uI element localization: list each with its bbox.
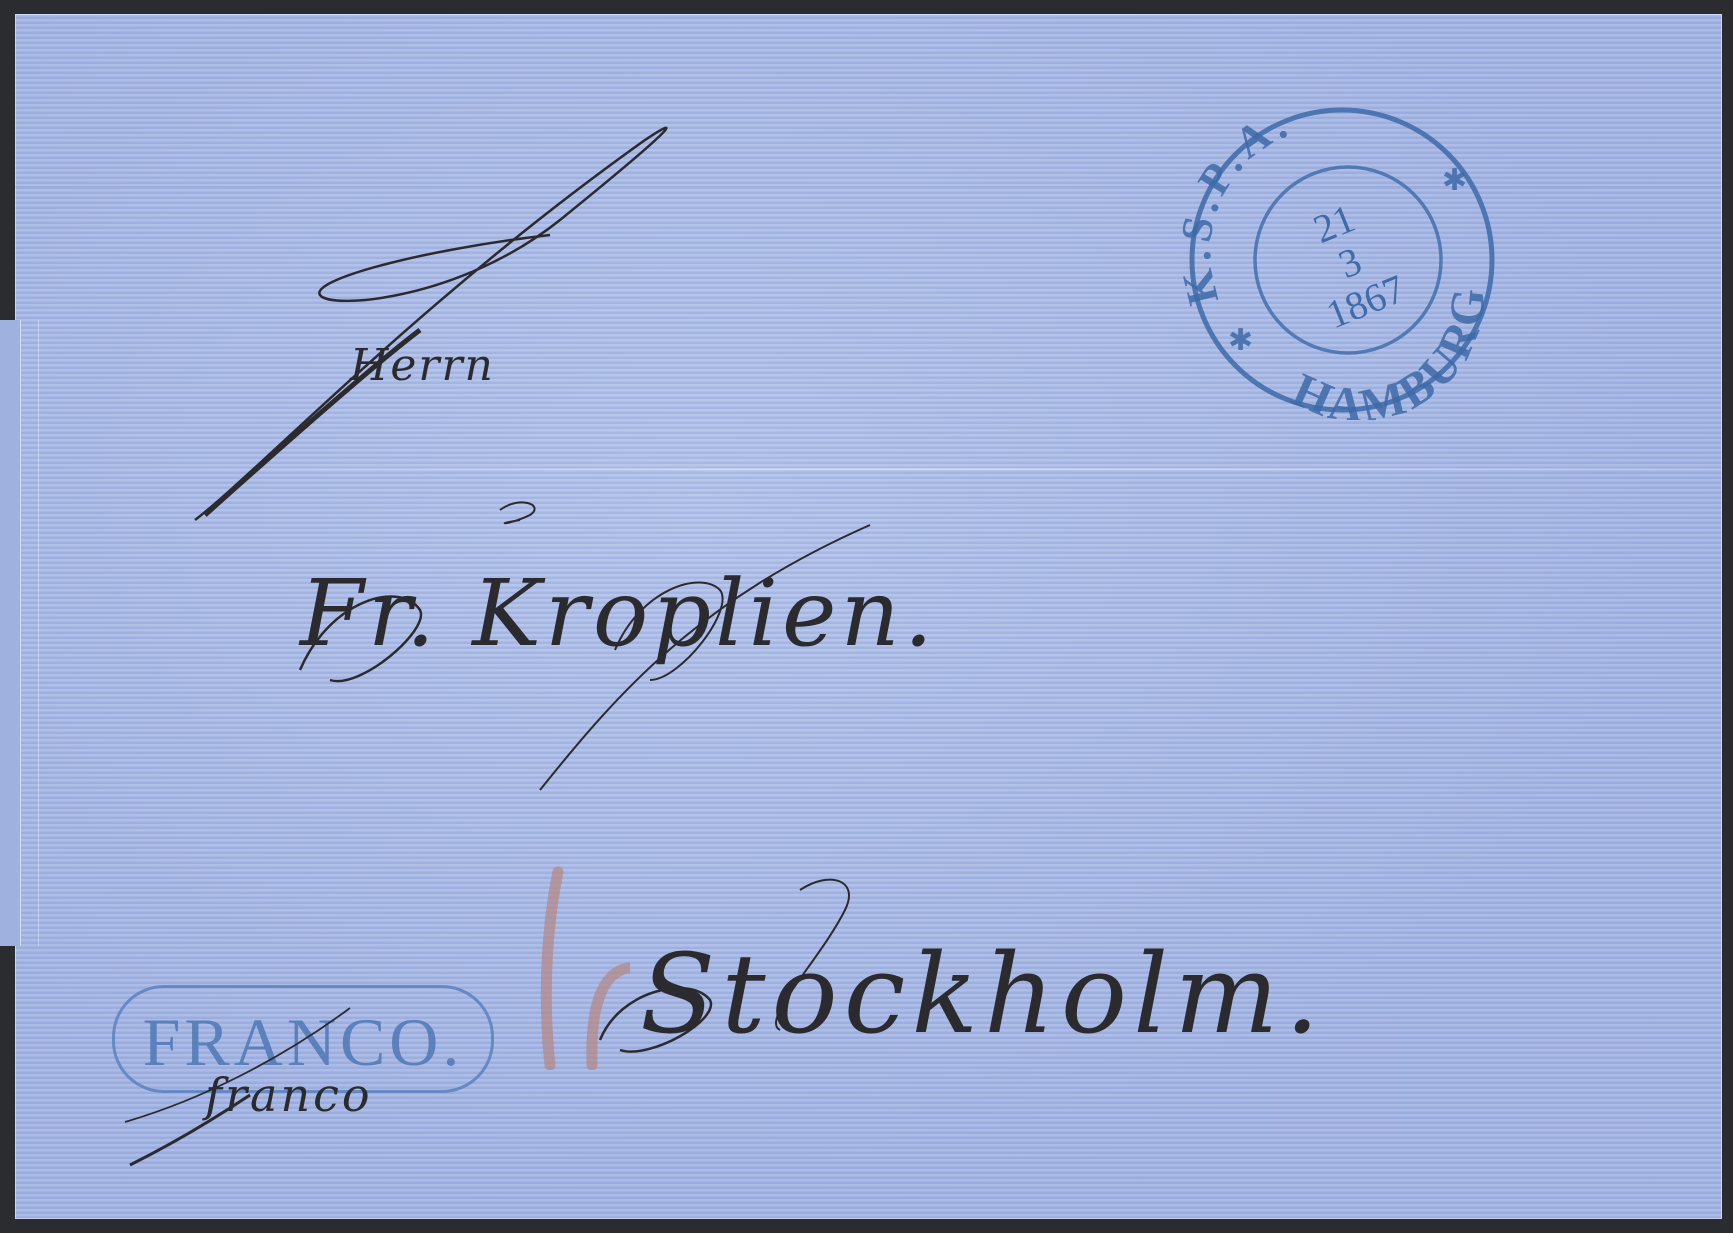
rate-mark-icon — [520, 860, 630, 1070]
destination-city: Stockholm. — [640, 930, 1326, 1058]
salutation-text: Herrn — [350, 340, 495, 391]
addressee-name: Fr. Kroplien. — [300, 560, 937, 667]
hamburg-postmark: K.S.P.A. HAMBURG ✱ ✱ 21 3 1867 — [1180, 100, 1500, 420]
manuscript-franco: franco — [205, 1068, 373, 1122]
back-flap — [0, 320, 21, 946]
postmark-star-icon: ✱ — [1442, 164, 1467, 197]
fold-line — [38, 320, 39, 946]
postmark-top-text: K.S.P.A. — [1180, 100, 1299, 310]
fold-line — [15, 468, 1722, 470]
postmark-star-icon: ✱ — [1228, 324, 1253, 357]
svg-text:K.S.P.A.: K.S.P.A. — [1180, 100, 1299, 310]
